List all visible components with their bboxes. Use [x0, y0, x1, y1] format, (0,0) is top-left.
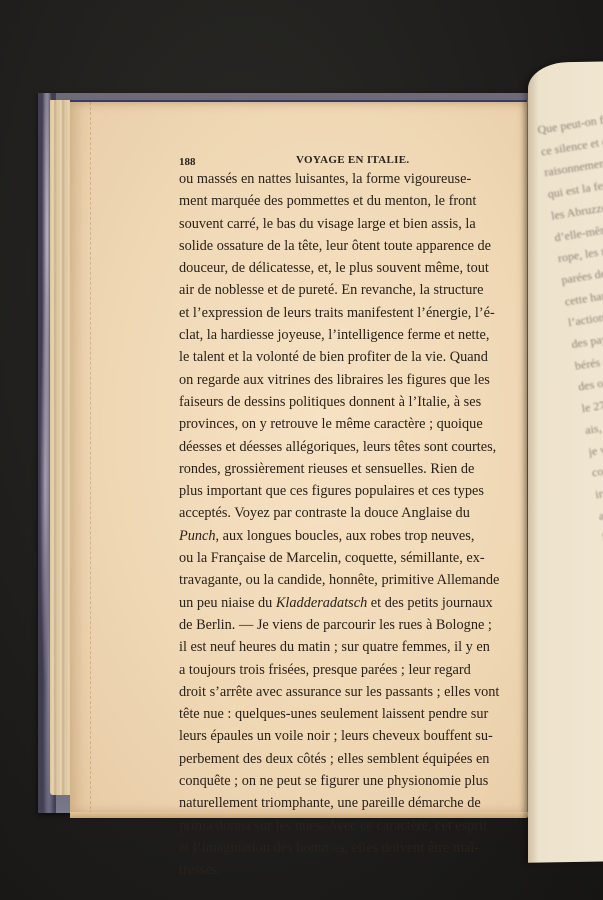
text-line: provinces, on y retrouve le même caractè…	[179, 413, 463, 435]
text-line: droit s’arrête avec assurance sur les pa…	[179, 681, 463, 703]
text-line: prima donna sur les nues. Avec ce caract…	[179, 815, 463, 837]
text-line: et l’expression de leurs traits manifest…	[179, 302, 463, 324]
text-line: Punch, aux longues boucles, aux robes tr…	[179, 525, 463, 547]
running-title: VOYAGE EN ITALIE.	[296, 154, 409, 166]
text-line: ou la Française de Marcelin, coquette, s…	[179, 547, 463, 569]
running-head: 188 VOYAGE EN ITALIE.	[106, 148, 470, 166]
text-line: souvent carré, le bas du visage large et…	[179, 213, 463, 235]
text-line: le talent et la volonté de bien profiter…	[179, 346, 463, 368]
italic-title: Kladderadatsch	[276, 595, 367, 611]
text-line: douceur, de délicatesse, et, le plus sou…	[179, 257, 463, 279]
text-line: naturellement triomphante, une pareille …	[179, 792, 463, 814]
text-line: déesses et déesses allégoriques, leurs t…	[179, 436, 463, 458]
text-line: conquête ; on ne peut se figurer une phy…	[179, 770, 463, 792]
text-line: plus important que ces figures populaire…	[179, 480, 463, 502]
text-line: clat, la hardiesse joyeuse, l’intelligen…	[179, 324, 463, 346]
text-line: faiseurs de dessins politiques donnent à…	[179, 391, 463, 413]
text-line: on regarde aux vitrines des libraires le…	[179, 369, 463, 391]
text-line: il est neuf heures du matin ; sur quatre…	[179, 636, 463, 658]
text-line: a toujours trois frisées, presque parées…	[179, 659, 463, 681]
text-line: travagante, ou la candide, honnête, prim…	[179, 569, 463, 591]
text-line: tête nue : quelques-unes seulement laiss…	[179, 703, 463, 725]
page-body-text: ou massés en nattes luisantes, la forme …	[179, 168, 463, 882]
text-line: air de noblesse et de pureté. En revanch…	[179, 279, 463, 301]
page-number: 188	[179, 156, 196, 168]
text-line: acceptés. Voyez par contraste la douce A…	[179, 502, 463, 524]
text-line: leurs épaules un voile noir ; leurs chev…	[179, 725, 463, 747]
text-line: ment marquée des pommettes et du menton,…	[179, 190, 463, 212]
text-line: et l’imagination des hommes, elles doive…	[179, 837, 463, 859]
text-line: un peu niaise du Kladderadatsch et des p…	[179, 592, 463, 614]
text-line: solide ossature de la tête, leur ôtent t…	[179, 235, 463, 257]
text-line: ou massés en nattes luisantes, la forme …	[179, 168, 463, 190]
book-photo-scene: Que peut-on fairece silence et cetterais…	[0, 0, 603, 900]
text-line: tresses.	[179, 859, 463, 881]
text-line: de Berlin. — Je viens de parcourir les r…	[179, 614, 463, 636]
italic-title: Punch	[179, 528, 216, 544]
text-line: perbement des deux côtés ; elles semblen…	[179, 748, 463, 770]
text-line: rondes, grossièrement rieuses et sensuel…	[179, 458, 463, 480]
